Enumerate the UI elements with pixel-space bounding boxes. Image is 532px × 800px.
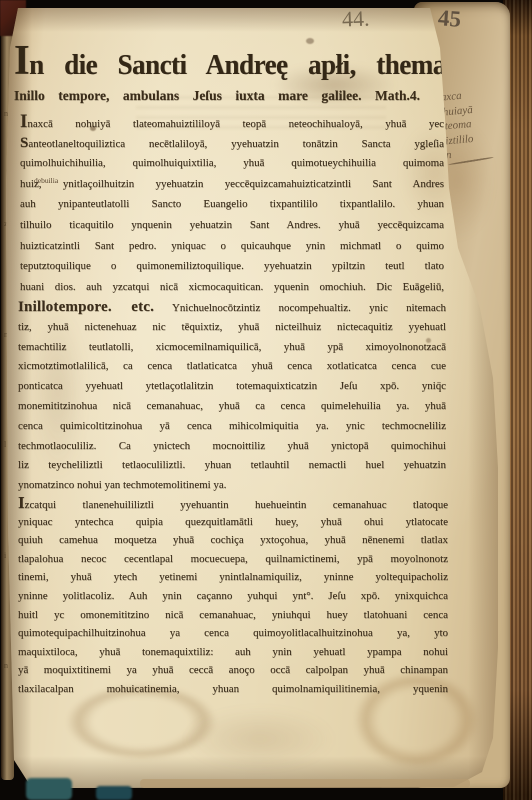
manuscript-line: huani dios. auh yzcatqui nicā xicmocaqui…: [20, 277, 444, 298]
manuscript-page: 44. In die Sancti Andreę apłi, thema. In…: [6, 8, 502, 788]
paragraph-in-illo-tempore: Inillotempore. etc. Ynichuelnocōtzintiz …: [18, 298, 446, 496]
paragraph-lines: tiz, yhuā nictenehuaz nic tēquixtiz, yhu…: [18, 318, 446, 496]
manuscript-line: Santeotlaneltoquiliztica necētlaliloyā, …: [20, 133, 444, 154]
manuscript-line: teputztoquilique o quimonemiliztoquiliqu…: [20, 256, 444, 277]
manuscript-line: xicmotztimotlalilicā, ca cenca tlatlatic…: [18, 357, 446, 377]
manuscript-line: tlapalohua necoc cecentlapal mocuecuepa,…: [18, 550, 448, 569]
manuscript-photo: 45 ynaxcanuhuiayātlateomahuiztililoyan n…: [0, 0, 532, 800]
manuscript-line: tiz, yhuā nictenehuaz nic tēquixtiz, yhu…: [18, 318, 446, 338]
manuscript-line: ynomatzinco nohui yan techmotemolitinemi…: [18, 476, 446, 496]
manuscript-line: yniquac yntechca quipia quezquitlamātli …: [18, 513, 448, 532]
manuscript-line: Izcatqui tlanenehuililiztli yyehuantin h…: [18, 494, 448, 513]
manuscript-line: tlaxilacalpan mohuicatinemia, yhuan quim…: [18, 680, 448, 699]
manuscript-line: temachtiliz teutlatolli, xicmocemilnamiq…: [18, 338, 446, 358]
latin-incipit-opening: Inillotempore. etc.: [18, 299, 154, 315]
manuscript-line: tilhuilo ticaquitilo ynquenin yehuatzin …: [20, 215, 444, 236]
stain: [184, 708, 334, 770]
manuscript-line: quimolhuichihuilia, quimolhuiquixtilia, …: [20, 153, 444, 174]
manuscript-line: yninne yolitlacoliz. Auh ynin caçanno yu…: [18, 587, 448, 606]
manuscript-line: monemititzinohua nicā cemanahuac, yhuā c…: [18, 397, 446, 417]
sermon-title: In die Sancti Andreę apłi, thema.: [14, 35, 452, 85]
manuscript-line: ponticatca yyehuatl ytetlaçotlalitzin to…: [18, 377, 446, 397]
manuscript-line: huizticatzintli Sant pedro. yniquac o qu…: [20, 236, 444, 257]
manuscript-line: Inaxcā nohuiyā tlateomahuiztililoyā teop…: [20, 112, 444, 133]
manuscript-line: quimotequipachilhuitzinohua ya cenca qui…: [18, 624, 448, 643]
folio-number-45: 45: [437, 5, 462, 33]
manuscript-line: techmotlaoculiliz. Ca ynictech mocnoitti…: [18, 437, 446, 457]
manuscript-line: huitl yc omonemititzino nicā cemanahuac,…: [18, 606, 448, 625]
manuscript-line: Inillotempore. etc. Ynichuelnocōtzintiz …: [18, 298, 446, 318]
paragraph-exordium: Inaxcā nohuiyā tlateomahuiztililoyā teop…: [20, 112, 444, 297]
line-continuation: Ynichuelnocōtzintiz nocompehualtiz. ynic…: [172, 302, 446, 314]
binding-cloth-fragment: [96, 786, 132, 800]
manuscript-line: liz teycheliliztli tetlaoculiliztli. yhu…: [18, 456, 446, 476]
manuscript-line: maquixtiloca, yhuā tonemaquixtiliz: auh …: [18, 643, 448, 662]
manuscript-line: yā moquixtitinemi ya yhuā ceccā anoço oc…: [18, 661, 448, 680]
manuscript-line: tinemi, yhuā ytech yetinemi ynintlalnami…: [18, 568, 448, 587]
manuscript-line: huiz, ynitlaçoilhuitzin yyehuatzin yeccē…: [20, 174, 444, 195]
manuscript-line: quiuh camehua moquetza yhuā cochiça yxto…: [18, 531, 448, 550]
manuscript-line: auh ynipanteutlatolli Sancto Euangelio t…: [20, 194, 444, 215]
page-under-edge: [140, 779, 470, 788]
paragraph-comparison: Izcatqui tlanenehuililiztli yyehuantin h…: [18, 494, 448, 699]
manuscript-line: cenca quimicoltitzinohua yā cenca mihico…: [18, 417, 446, 437]
binding-cloth-fragment: [26, 778, 72, 800]
folio-number-44: 44.: [342, 6, 370, 33]
scripture-incipit: Inillo tempore, ambulans Jeſus iuxta mar…: [14, 88, 420, 104]
